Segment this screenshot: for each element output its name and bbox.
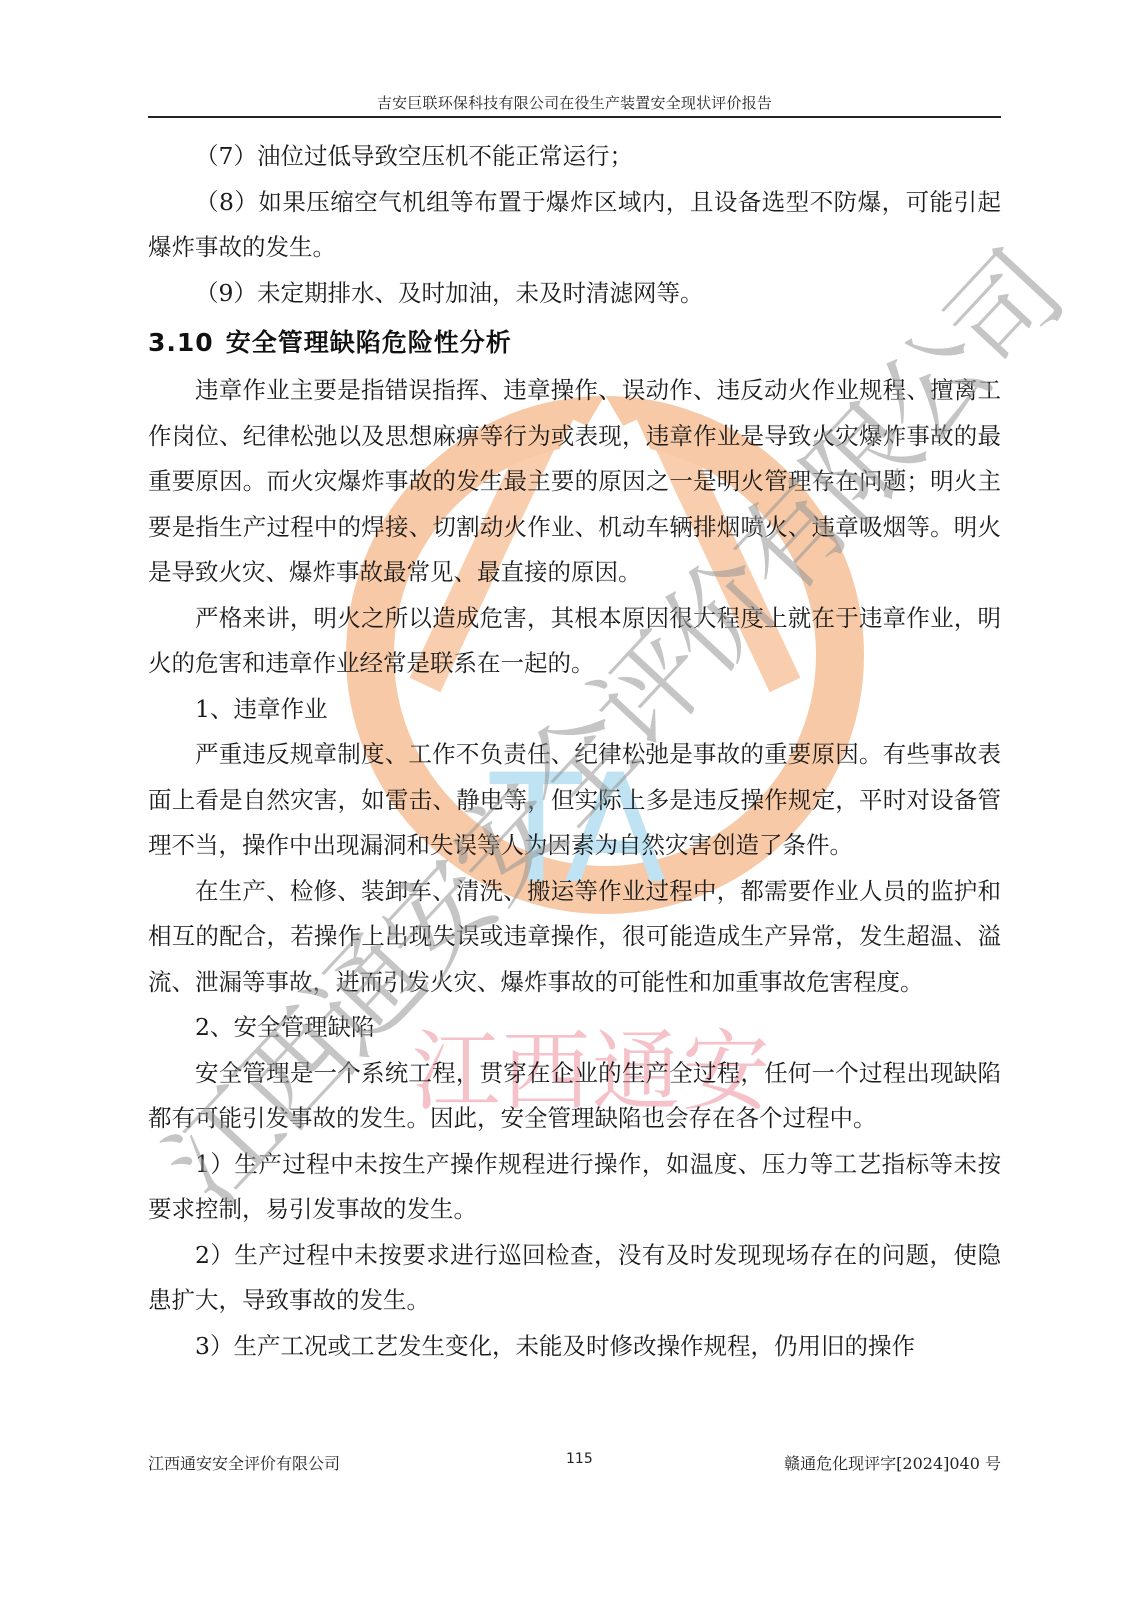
paragraph-operation-cooperation: 在生产、检修、装卸车、清洗、搬运等作业过程中，都需要作业人员的监护和相互的配合，… [148, 869, 1001, 1006]
list-item-1: 1）生产过程中未按生产操作规程进行操作，如温度、压力等工艺指标等未按要求控制，易… [148, 1142, 1001, 1233]
page-number: 115 [566, 1451, 593, 1467]
section-number: 3.10 [148, 328, 214, 357]
paragraph-management-system: 安全管理是一个系统工程，贯穿在企业的生产全过程，任何一个过程出现缺陷都有可能引发… [148, 1051, 1001, 1142]
paragraph-open-flame: 严格来讲，明火之所以造成危害，其根本原因很大程度上就在于违章作业，明火的危害和违… [148, 596, 1001, 687]
footer-company: 江西通安安全评价有限公司 [148, 1451, 340, 1474]
section-heading: 3.10安全管理缺陷危险性分析 [148, 322, 1001, 364]
document-page: 吉安巨联环保科技有限公司在役生产装置安全现状评价报告 TA 江西通安 （7）油位… [0, 0, 1131, 1600]
section-title: 安全管理缺陷危险性分析 [226, 328, 512, 357]
list-item-7: （7）油位过低导致空压机不能正常运行； [148, 134, 1001, 180]
list-item-3: 3）生产工况或工艺发生变化，未能及时修改操作规程，仍用旧的操作 [148, 1324, 1001, 1370]
list-item-9: （9）未定期排水、及时加油，未及时清滤网等。 [148, 271, 1001, 317]
paragraph-violation-causes: 严重违反规章制度、工作不负责任、纪律松弛是事故的重要原因。有些事故表面上看是自然… [148, 732, 1001, 869]
subheading-management-defects: 2、安全管理缺陷 [148, 1005, 1001, 1051]
running-header: 吉安巨联环保科技有限公司在役生产装置安全现状评价报告 [148, 92, 1001, 113]
running-footer: 江西通安安全评价有限公司 115 赣通危化现评字[2024]040 号 [148, 1451, 1001, 1475]
list-item-2: 2）生产过程中未按要求进行巡回检查，没有及时发现现场存在的问题，使隐患扩大，导致… [148, 1233, 1001, 1324]
list-item-8: （8）如果压缩空气机组等布置于爆炸区域内，且设备选型不防爆，可能引起爆炸事故的发… [148, 180, 1001, 271]
report-body: （7）油位过低导致空压机不能正常运行； （8）如果压缩空气机组等布置于爆炸区域内… [148, 134, 1001, 1369]
header-divider [148, 116, 1001, 118]
report-code: 赣通危化现评字[2024]040 号 [784, 1451, 1001, 1474]
paragraph-violation-overview: 违章作业主要是指错误指挥、违章操作、误动作、违反动火作业规程、擅离工作岗位、纪律… [148, 368, 1001, 596]
subheading-violation-operations: 1、违章作业 [148, 687, 1001, 733]
